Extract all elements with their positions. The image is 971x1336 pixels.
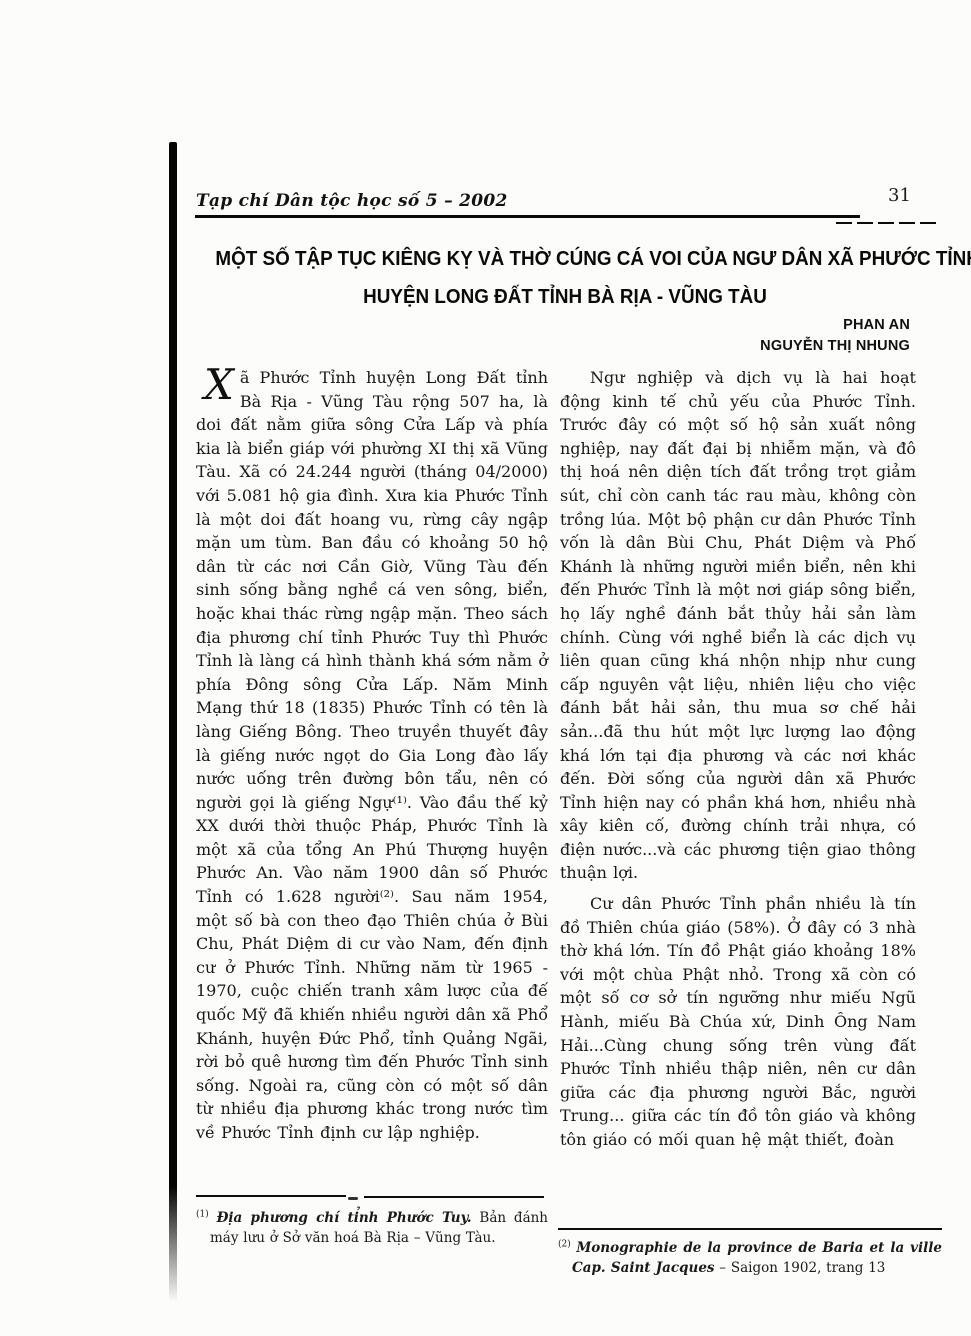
- body-paragraph: Xã Phước Tỉnh huyện Long Đất tỉnh Bà Rịa…: [196, 366, 548, 1145]
- paragraph-text: ã Phước Tỉnh huyện Long Đất tỉnh Bà Rịa …: [196, 368, 548, 1142]
- dropcap-letter: X: [204, 364, 234, 408]
- footnote-1: (1) Địa phương chí tỉnh Phước Tuy. Bản đ…: [196, 1192, 548, 1248]
- author-name-1: PHAN AN: [560, 315, 910, 336]
- footnote-rule: [196, 1192, 548, 1200]
- footnote-1-marker: (1): [196, 1210, 209, 1220]
- left-column: Xã Phước Tỉnh huyện Long Đất tỉnh Bà Rịa…: [196, 366, 548, 1145]
- footnote-1-text: (1) Địa phương chí tỉnh Phước Tuy. Bản đ…: [196, 1208, 548, 1248]
- author-name-2: NGUYỄN THỊ NHUNG: [560, 336, 910, 357]
- article-title-line-1: MỘT SỐ TẬP TỤC KIÊNG KỴ VÀ THỜ CÚNG CÁ V…: [215, 240, 914, 278]
- scan-binding-bar: [169, 142, 177, 1302]
- footnote-rule: [558, 1228, 942, 1230]
- footnote-2-text: (2) Monographie de la province de Baria …: [558, 1238, 942, 1278]
- page-number: 31: [888, 185, 911, 207]
- footnote-2-marker: (2): [558, 1240, 571, 1250]
- body-paragraph: Ngư nghiệp và dịch vụ là hai hoạt động k…: [560, 366, 916, 885]
- footnote-2: (2) Monographie de la province de Baria …: [558, 1228, 942, 1278]
- header-rule-right-segment: [836, 222, 940, 224]
- footnote-2-note: – Saigon 1902, trang 13: [715, 1260, 886, 1276]
- body-paragraph: Cư dân Phước Tỉnh phần nhiều là tín đồ T…: [560, 892, 916, 1152]
- journal-name: Tạp chí Dân tộc học số 5 – 2002: [196, 190, 508, 212]
- journal-page-scan: Tạp chí Dân tộc học số 5 – 2002 31 MỘT S…: [0, 0, 971, 1336]
- author-list: PHAN AN NGUYỄN THỊ NHUNG: [560, 315, 910, 357]
- article-title: MỘT SỐ TẬP TỤC KIÊNG KỴ VÀ THỜ CÚNG CÁ V…: [185, 240, 945, 316]
- right-column: Ngư nghiệp và dịch vụ là hai hoạt động k…: [560, 366, 916, 1152]
- footnote-1-source: Địa phương chí tỉnh Phước Tuy.: [217, 1210, 472, 1226]
- header-rule: [195, 215, 860, 218]
- article-title-line-2: HUYỆN LONG ĐẤT TỈNH BÀ RỊA - VŨNG TÀU: [215, 278, 914, 316]
